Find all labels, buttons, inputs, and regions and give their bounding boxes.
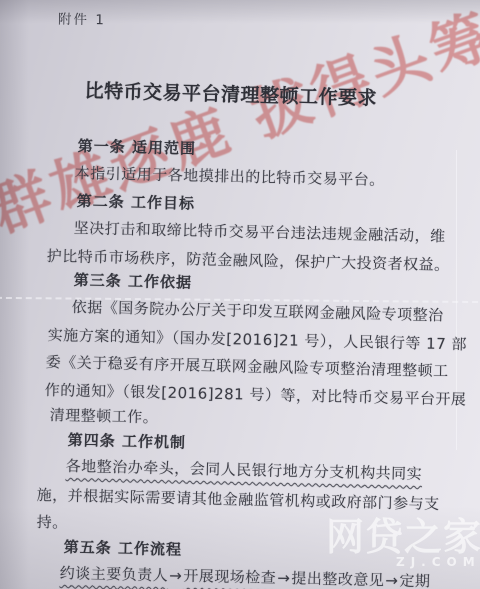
arrow-right-icon: → xyxy=(276,569,291,587)
arrow-right-icon: → xyxy=(168,566,183,584)
document-photo: 群雄逐鹿 拔得头筹 网贷之家 ZJ.COM 附件 1 比特币交易平台清理整顿工作… xyxy=(0,0,480,589)
body-line: 施，并根据实际需要请其他金融监管机构或政府部门参与支 xyxy=(37,484,440,514)
body-line: 坚决打击和取缔比特币交易平台违法违规金融活动，维 xyxy=(74,217,446,246)
attachment-label: 附件 1 xyxy=(58,8,106,29)
body-line: 持。 xyxy=(37,511,68,533)
workflow-step: 开展现场检查 xyxy=(183,567,276,587)
body-line: 委《关于稳妥有序开展互联网金融风险专项整治清理整顿工 xyxy=(46,351,449,381)
section-heading: 第四条 工作机制 xyxy=(68,429,187,453)
body-line: 实施方案的通知》（国办发[2016]21 号），人民银行等 17 部 xyxy=(48,324,468,355)
workflow-step: 定期 xyxy=(399,572,430,589)
section-heading: 第五条 工作流程 xyxy=(64,536,183,560)
body-line: 本指引适用于各地摸排出的比特币交易平台。 xyxy=(75,162,385,190)
workflow-step: 约谈主要负责人 xyxy=(60,564,169,584)
document-title: 比特币交易平台清理整顿工作要求 xyxy=(84,76,377,111)
section-heading: 第一条 适用范围 xyxy=(78,135,197,159)
arrow-right-icon: → xyxy=(384,571,399,589)
section-heading: 第二条 工作目标 xyxy=(77,190,196,214)
body-line: 清理整顿工作。 xyxy=(50,404,159,427)
workflow-step: 提出整改意见 xyxy=(291,569,384,589)
workflow-line: 约谈主要负责人→开展现场检查→提出整改意见→定期 xyxy=(60,562,431,589)
body-line-underlined: 各地整治办牵头，会同人民银行地方分支机构共同实 xyxy=(66,455,423,484)
body-line: 依据《国务院办公厅关于印发互联网金融风险专项整治 xyxy=(72,296,444,325)
section-heading: 第三条 工作依据 xyxy=(74,269,193,293)
document-body: 附件 1 比特币交易平台清理整顿工作要求 第一条 适用范围 本指引适用于各地摸排… xyxy=(0,0,480,589)
